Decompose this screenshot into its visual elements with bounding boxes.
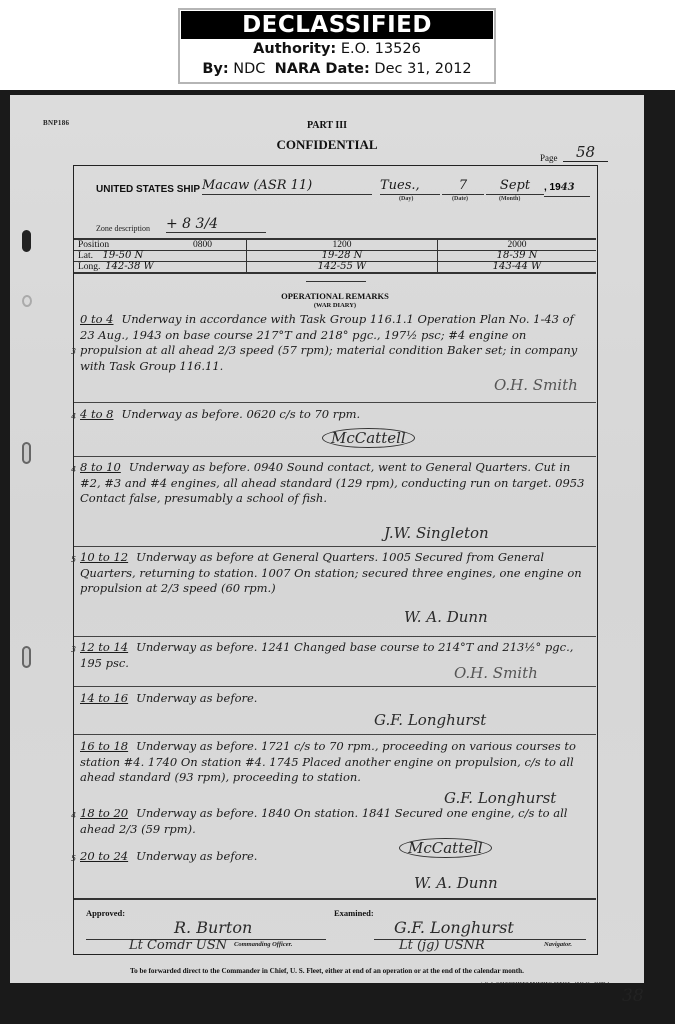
section-divider [306, 281, 366, 282]
month-field: Sept [486, 178, 544, 195]
zone-label: Zone description [96, 224, 150, 233]
zone-value: + 8 3/4 [166, 216, 266, 233]
diary-entry: 3 0 to 4Underway in accordance with Task… [80, 312, 592, 374]
navigator-role: Navigator. [544, 941, 572, 948]
watch-period: 20 to 24 [80, 849, 128, 863]
entry-text: Underway in accordance with Task Group 1… [80, 312, 577, 373]
officer-signature: W. A. Dunn [414, 874, 498, 892]
diary-entry: 16 to 18Underway as before. 1721 c/s to … [80, 739, 592, 786]
co-role: Commanding Officer. [234, 941, 292, 948]
page-label: Page [540, 153, 558, 163]
binder-hole-mark [22, 646, 31, 668]
entry-divider [74, 456, 596, 457]
officer-signature: O.H. Smith [454, 664, 538, 682]
watch-period: 16 to 18 [80, 739, 128, 753]
ship-label: UNITED STATES SHIP [96, 184, 200, 195]
diary-entry: 4 18 to 20Underway as before. 1840 On st… [80, 806, 592, 837]
co-rank: Lt Comdr USN [129, 938, 227, 953]
officer-signature: J.W. Singleton [384, 524, 489, 542]
diary-entry: 4 8 to 10Underway as before. 0940 Sound … [80, 460, 592, 507]
entry-divider [74, 546, 596, 547]
latitude-row: Lat. 19-50 N 19-28 N 18-39 N [74, 251, 596, 262]
diary-entry: 5 10 to 12Underway as before at General … [80, 550, 592, 597]
entry-text: Underway as before. [136, 691, 257, 705]
page-number: 58 [563, 143, 608, 162]
entry-text: Underway as before. 1840 On station. 184… [80, 806, 567, 836]
diary-entry: 5 20 to 24Underway as before. [80, 849, 380, 865]
position-header-row: Position0800 1200 2000 [74, 239, 596, 251]
watch-period: 10 to 12 [80, 550, 128, 564]
war-diary-form: UNITED STATES SHIP Macaw (ASR 11) Tues.,… [73, 165, 598, 955]
date-field: 7 [442, 178, 484, 195]
binder-hole-mark [22, 442, 31, 464]
forwarding-note: To be forwarded direct to the Commander … [10, 967, 644, 975]
declassification-stamp: DECLASSIFIED Authority: E.O. 13526 By: N… [178, 8, 496, 84]
navigator-signature: G.F. Longhurst [394, 918, 514, 937]
entry-divider [74, 636, 596, 637]
day-field: Tues., [380, 178, 440, 195]
commanding-officer-signature: R. Burton [174, 918, 252, 937]
entry-divider [74, 686, 596, 687]
officer-signature: McCattell [322, 428, 415, 448]
remarks-title: OPERATIONAL REMARKS [74, 291, 596, 301]
month-caption: (Month) [499, 196, 520, 202]
remarks-subtitle: (WAR DIARY) [74, 302, 596, 309]
date-caption: (Date) [452, 196, 468, 202]
binder-hole-mark [22, 230, 31, 252]
entry-text: Underway as before. 0940 Sound contact, … [80, 460, 584, 505]
printer-imprint: ☆ U. S. GOVERNMENT PRINTING OFFICE : 194… [480, 981, 610, 986]
stamp-title: DECLASSIFIED [181, 11, 493, 39]
navigator-rank: Lt (jg) USNR [399, 938, 485, 953]
approved-label: Approved: [86, 908, 125, 918]
form-paper: BNP186 PART III CONFIDENTIAL Page 58 UNI… [10, 95, 644, 983]
watch-period: 18 to 20 [80, 806, 128, 820]
watch-period: 8 to 10 [80, 460, 121, 474]
ship-name: Macaw (ASR 11) [202, 178, 372, 195]
position-label: Position [78, 240, 109, 250]
officer-signature: McCattell [399, 838, 492, 858]
entry-text: Underway as before. 1721 c/s to 70 rpm.,… [80, 739, 576, 784]
officer-signature: G.F. Longhurst [374, 711, 486, 729]
entry-divider [74, 402, 596, 403]
day-caption: (Day) [399, 196, 413, 202]
examined-label: Examined: [334, 908, 374, 918]
year-field: , 1943 [544, 180, 590, 197]
entry-text: Underway as before. [136, 849, 257, 863]
archive-page-number: 38 [622, 986, 644, 1006]
part-heading: PART III [10, 120, 644, 131]
stamp-authority: Authority: E.O. 13526 [180, 39, 494, 59]
watch-period: 0 to 4 [80, 312, 114, 326]
officer-signature: W. A. Dunn [404, 608, 488, 626]
entry-text: Underway as before. 0620 c/s to 70 rpm. [122, 407, 361, 421]
approval-divider [74, 898, 596, 900]
scanned-document: BNP186 PART III CONFIDENTIAL Page 58 UNI… [0, 90, 675, 1024]
stamp-by-line: By: NDC NARA Date: Dec 31, 2012 [180, 59, 494, 79]
officer-signature: G.F. Longhurst [444, 789, 556, 807]
position-table: Position0800 1200 2000 Lat. 19-50 N 19-2… [74, 238, 596, 274]
punch-hole-icon [22, 295, 32, 307]
classification-heading: CONFIDENTIAL [10, 137, 644, 153]
diary-entry: 4 4 to 8Underway as before. 0620 c/s to … [80, 407, 592, 423]
officer-signature: O.H. Smith [494, 376, 578, 394]
watch-period: 12 to 14 [80, 640, 128, 654]
watch-period: 14 to 16 [80, 691, 128, 705]
watch-period: 4 to 8 [80, 407, 114, 421]
longitude-row: Long. 142-38 W 142-55 W 143-44 W [74, 262, 596, 274]
entry-text: Underway as before at General Quarters. … [80, 550, 582, 595]
diary-entry: 14 to 16Underway as before. [80, 691, 592, 707]
entry-divider [74, 734, 596, 735]
